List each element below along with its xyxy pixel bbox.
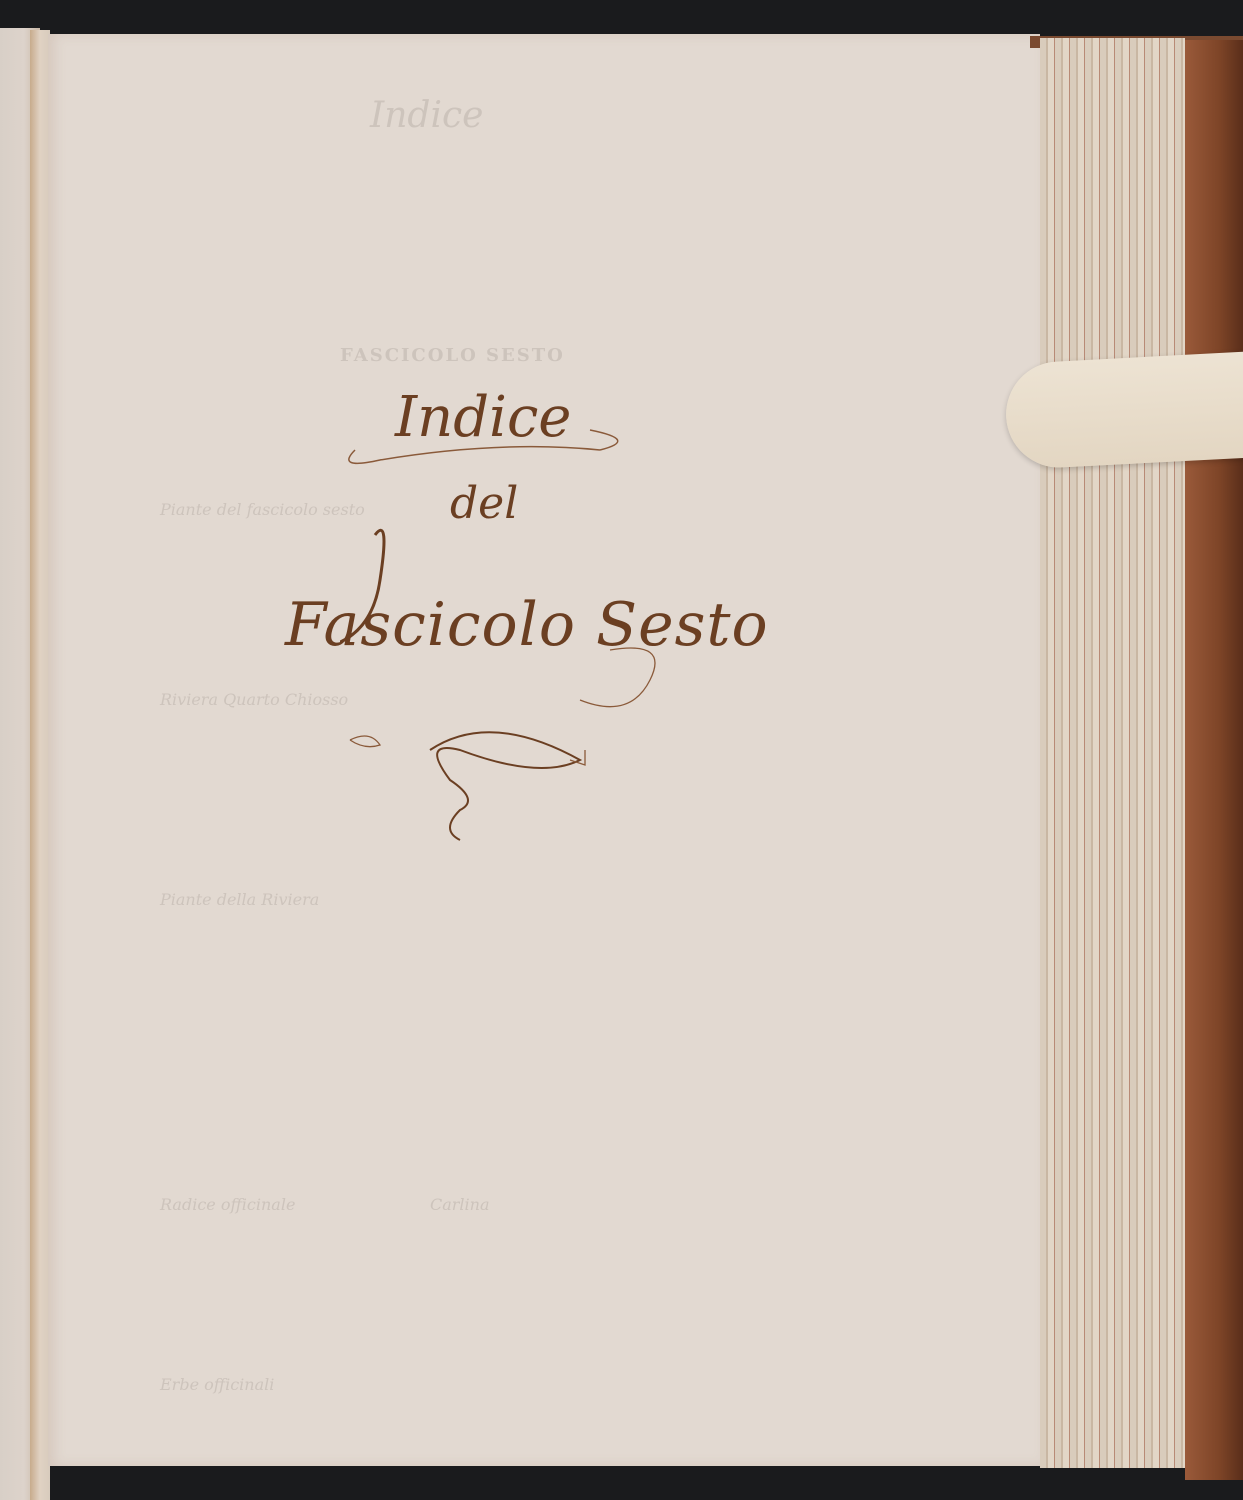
page-edges xyxy=(1040,38,1185,1468)
heading-indice: Indice xyxy=(395,385,571,450)
heading-del: del xyxy=(450,478,518,529)
book-gutter xyxy=(30,30,50,1500)
bleed-row: Riviera Quarto Chiosso xyxy=(160,690,348,709)
bleed-row: Piante del fascicolo sesto xyxy=(160,500,365,519)
bleed-row: Radice officinale xyxy=(160,1195,295,1214)
bleed-section: FASCICOLO SESTO xyxy=(340,345,565,366)
bleed-row: Erbe officinali xyxy=(160,1375,274,1394)
heading-fascicolo-sesto: Fascicolo Sesto xyxy=(285,590,769,660)
leather-cover xyxy=(1185,40,1243,1480)
bleed-row: Piante della Riviera xyxy=(160,890,319,909)
bleed-row: Carlina xyxy=(430,1195,490,1214)
bleed-title: Indice xyxy=(370,95,483,136)
bone-page-holder xyxy=(1003,352,1243,470)
